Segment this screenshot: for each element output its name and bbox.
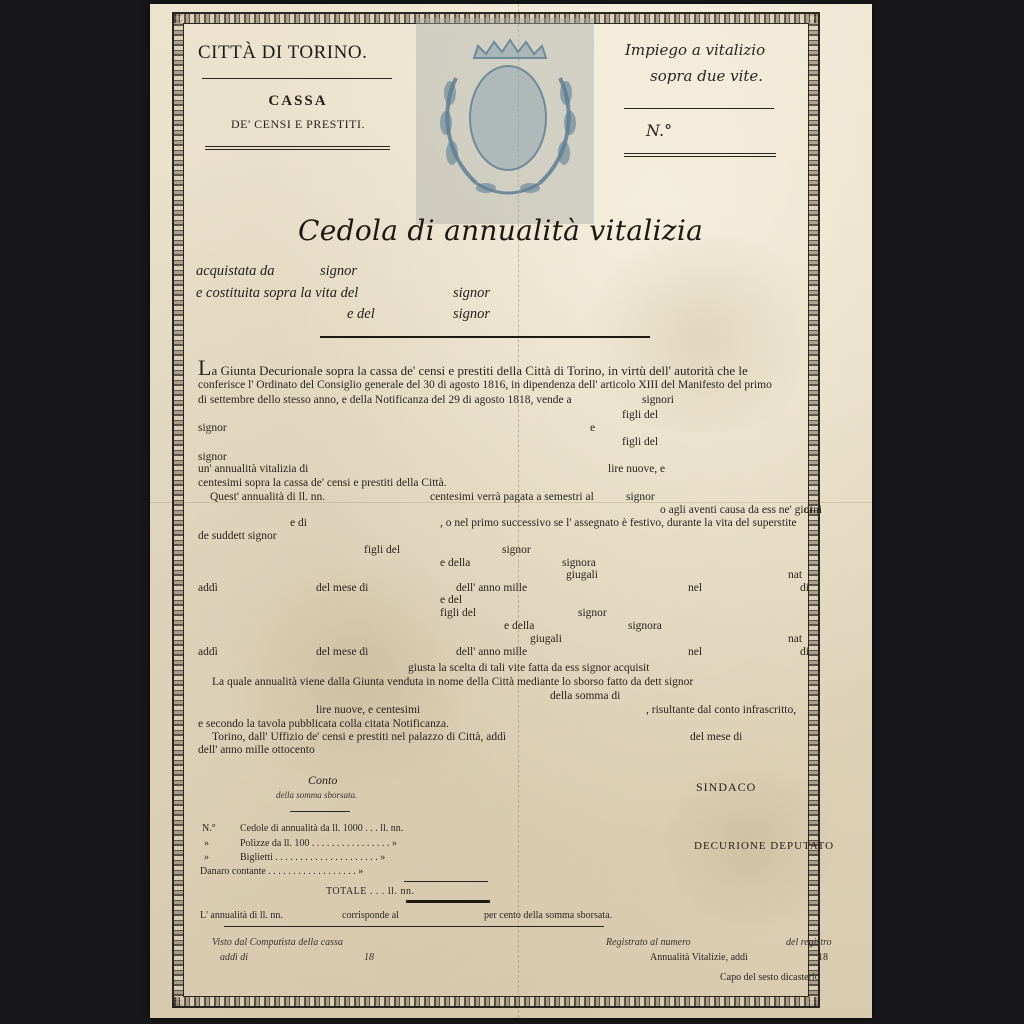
divider (404, 881, 488, 882)
field-label: di (800, 646, 809, 658)
conto-row-label: Biglietti . . . . . . . . . . . . . . . … (240, 852, 385, 863)
purchase-line-3: e del (347, 306, 375, 323)
impiego-line-1: Impiego a vitalizio (625, 41, 765, 59)
field-label: de suddett signor (198, 530, 277, 542)
field-label: addì (198, 582, 218, 594)
body-text: , risultante dal conto infrascritto, (646, 704, 796, 716)
field-label: figli del (440, 607, 476, 619)
field-label: e di (290, 517, 307, 529)
body-text: La quale annualità viene dalla Giunta ve… (212, 676, 693, 688)
body-text: Quest' annualità di ll. nn. (210, 491, 325, 503)
divider (205, 146, 390, 150)
field-label: lire nuove, e (608, 463, 665, 475)
conto-subtitle: della somma sborsata. (276, 790, 357, 800)
field-label: nel (688, 646, 702, 658)
divider (290, 811, 350, 812)
field-label: signora (562, 557, 596, 569)
field-label: signori (642, 394, 674, 406)
field-label: un' annualità vitalizia di (198, 463, 308, 475)
divider (224, 926, 604, 927)
field-label: di (804, 504, 813, 516)
body-text: centesimi sopra la cassa de' censi e pre… (198, 477, 447, 489)
field-label: del mese di (690, 731, 742, 743)
field-label: e (590, 422, 595, 434)
field-label: e del (440, 594, 462, 606)
field-label: del mese di (316, 646, 368, 658)
field-label: del mese di (316, 582, 368, 594)
city-heading: CITTÀ DI TORINO. (198, 42, 367, 64)
field-label: signora (628, 620, 662, 632)
body-text: , o nel primo successivo se l' assegnato… (440, 517, 797, 529)
field-label: di (800, 582, 809, 594)
purchase-signor-2: signor (453, 285, 490, 302)
footer-addi: addì di (220, 952, 248, 963)
footer-text: per cento della somma sborsata. (484, 910, 612, 921)
field-label: e della (504, 620, 534, 632)
footer-year-prefix: 18 (364, 952, 374, 963)
footer-capo: Capo del sesto dicasterio (720, 972, 820, 983)
conto-row-label: Danaro contante . . . . . . . . . . . . … (200, 866, 363, 877)
body-text: o agli aventi causa da ess ne' giorni (660, 504, 822, 516)
field-label: signor (198, 422, 227, 434)
field-label: dell' anno mille (456, 646, 527, 658)
field-label: figli del (622, 409, 658, 421)
field-label: nel (688, 582, 702, 594)
field-label: nat (788, 569, 802, 581)
body-text: e secondo la tavola pubblicata colla cit… (198, 718, 449, 730)
field-label: nat (788, 633, 802, 645)
field-label: della somma di (550, 690, 620, 702)
censi-heading: DE' CENSI E PRESTITI. (150, 117, 446, 132)
footer-annualita-vitalizie: Annualità Vitalizie, addì (650, 952, 748, 963)
purchase-signor-1: signor (320, 263, 357, 280)
purchase-line-2: e costituita sopra la vita del (196, 285, 358, 302)
field-label: signor (578, 607, 607, 619)
document-title: Cedola di annualità vitalizia (298, 214, 703, 247)
field-label: giugali (566, 569, 598, 581)
footer-visto: Visto dal Computista della cassa (212, 937, 343, 948)
footer-registro: del registro (786, 937, 832, 948)
divider (624, 153, 776, 157)
footer-text: L' annualità di ll. nn. (200, 910, 283, 921)
impiego-line-2: sopra due vite. (650, 67, 763, 85)
conto-total: TOTALE . . . ll. nn. (326, 886, 414, 897)
field-label: giugali (530, 633, 562, 645)
field-label: figli del (622, 436, 658, 448)
divider (406, 900, 490, 903)
body-paragraph-1-line-2: conferisce l' Ordinato del Consiglio gen… (198, 379, 772, 391)
body-text: Torino, dall' Uffizio de' censi e presti… (212, 731, 506, 743)
conto-row-prefix: » (204, 852, 209, 863)
footer-year-prefix: 18 (818, 952, 828, 963)
coat-of-arms-seal (416, 18, 594, 224)
divider (624, 108, 774, 109)
cassa-heading: CASSA (150, 93, 446, 110)
sindaco-label: SINDACO (696, 780, 756, 795)
purchase-line-1: acquistata da (196, 263, 275, 280)
field-label: dell' anno mille ottocento (198, 744, 315, 756)
document-sheet: CITTÀ DI TORINO. CASSA DE' CENSI E PREST… (150, 4, 872, 1018)
conto-title: Conto (308, 773, 337, 788)
field-label: signor (198, 451, 227, 463)
body-paragraph-1-line-1: La Giunta Decurionale sopra la cassa de'… (198, 355, 748, 381)
purchase-signor-3: signor (453, 306, 490, 323)
body-paragraph-1-line-3: di settembre dello stesso anno, e della … (198, 394, 572, 406)
number-label: N.° (646, 121, 672, 140)
field-label: signor (626, 491, 655, 503)
divider (320, 336, 650, 338)
decurione-label: DECURIONE DEPUTATO (694, 840, 834, 852)
footer-registrato: Registrato al numero (606, 937, 691, 948)
body-text: centesimi verrà pagata a semestri al (430, 491, 594, 503)
conto-row-label: Cedole di annualità da ll. 1000 . . . ll… (240, 823, 403, 834)
body-text: giusta la scelta di tali vite fatta da e… (408, 662, 649, 674)
footer-text: corrisponde al (342, 910, 399, 921)
field-label: addì (198, 646, 218, 658)
field-label: figli del (364, 544, 400, 556)
conto-row-prefix: » (204, 838, 209, 849)
field-label: e della (440, 557, 470, 569)
field-label: dell' anno mille (456, 582, 527, 594)
conto-row-prefix: N.° (202, 823, 216, 834)
conto-row-label: Polizze da ll. 100 . . . . . . . . . . .… (240, 838, 397, 849)
field-label: lire nuove, e centesimi (316, 704, 420, 716)
divider (202, 78, 392, 79)
field-label: signor (502, 544, 531, 556)
